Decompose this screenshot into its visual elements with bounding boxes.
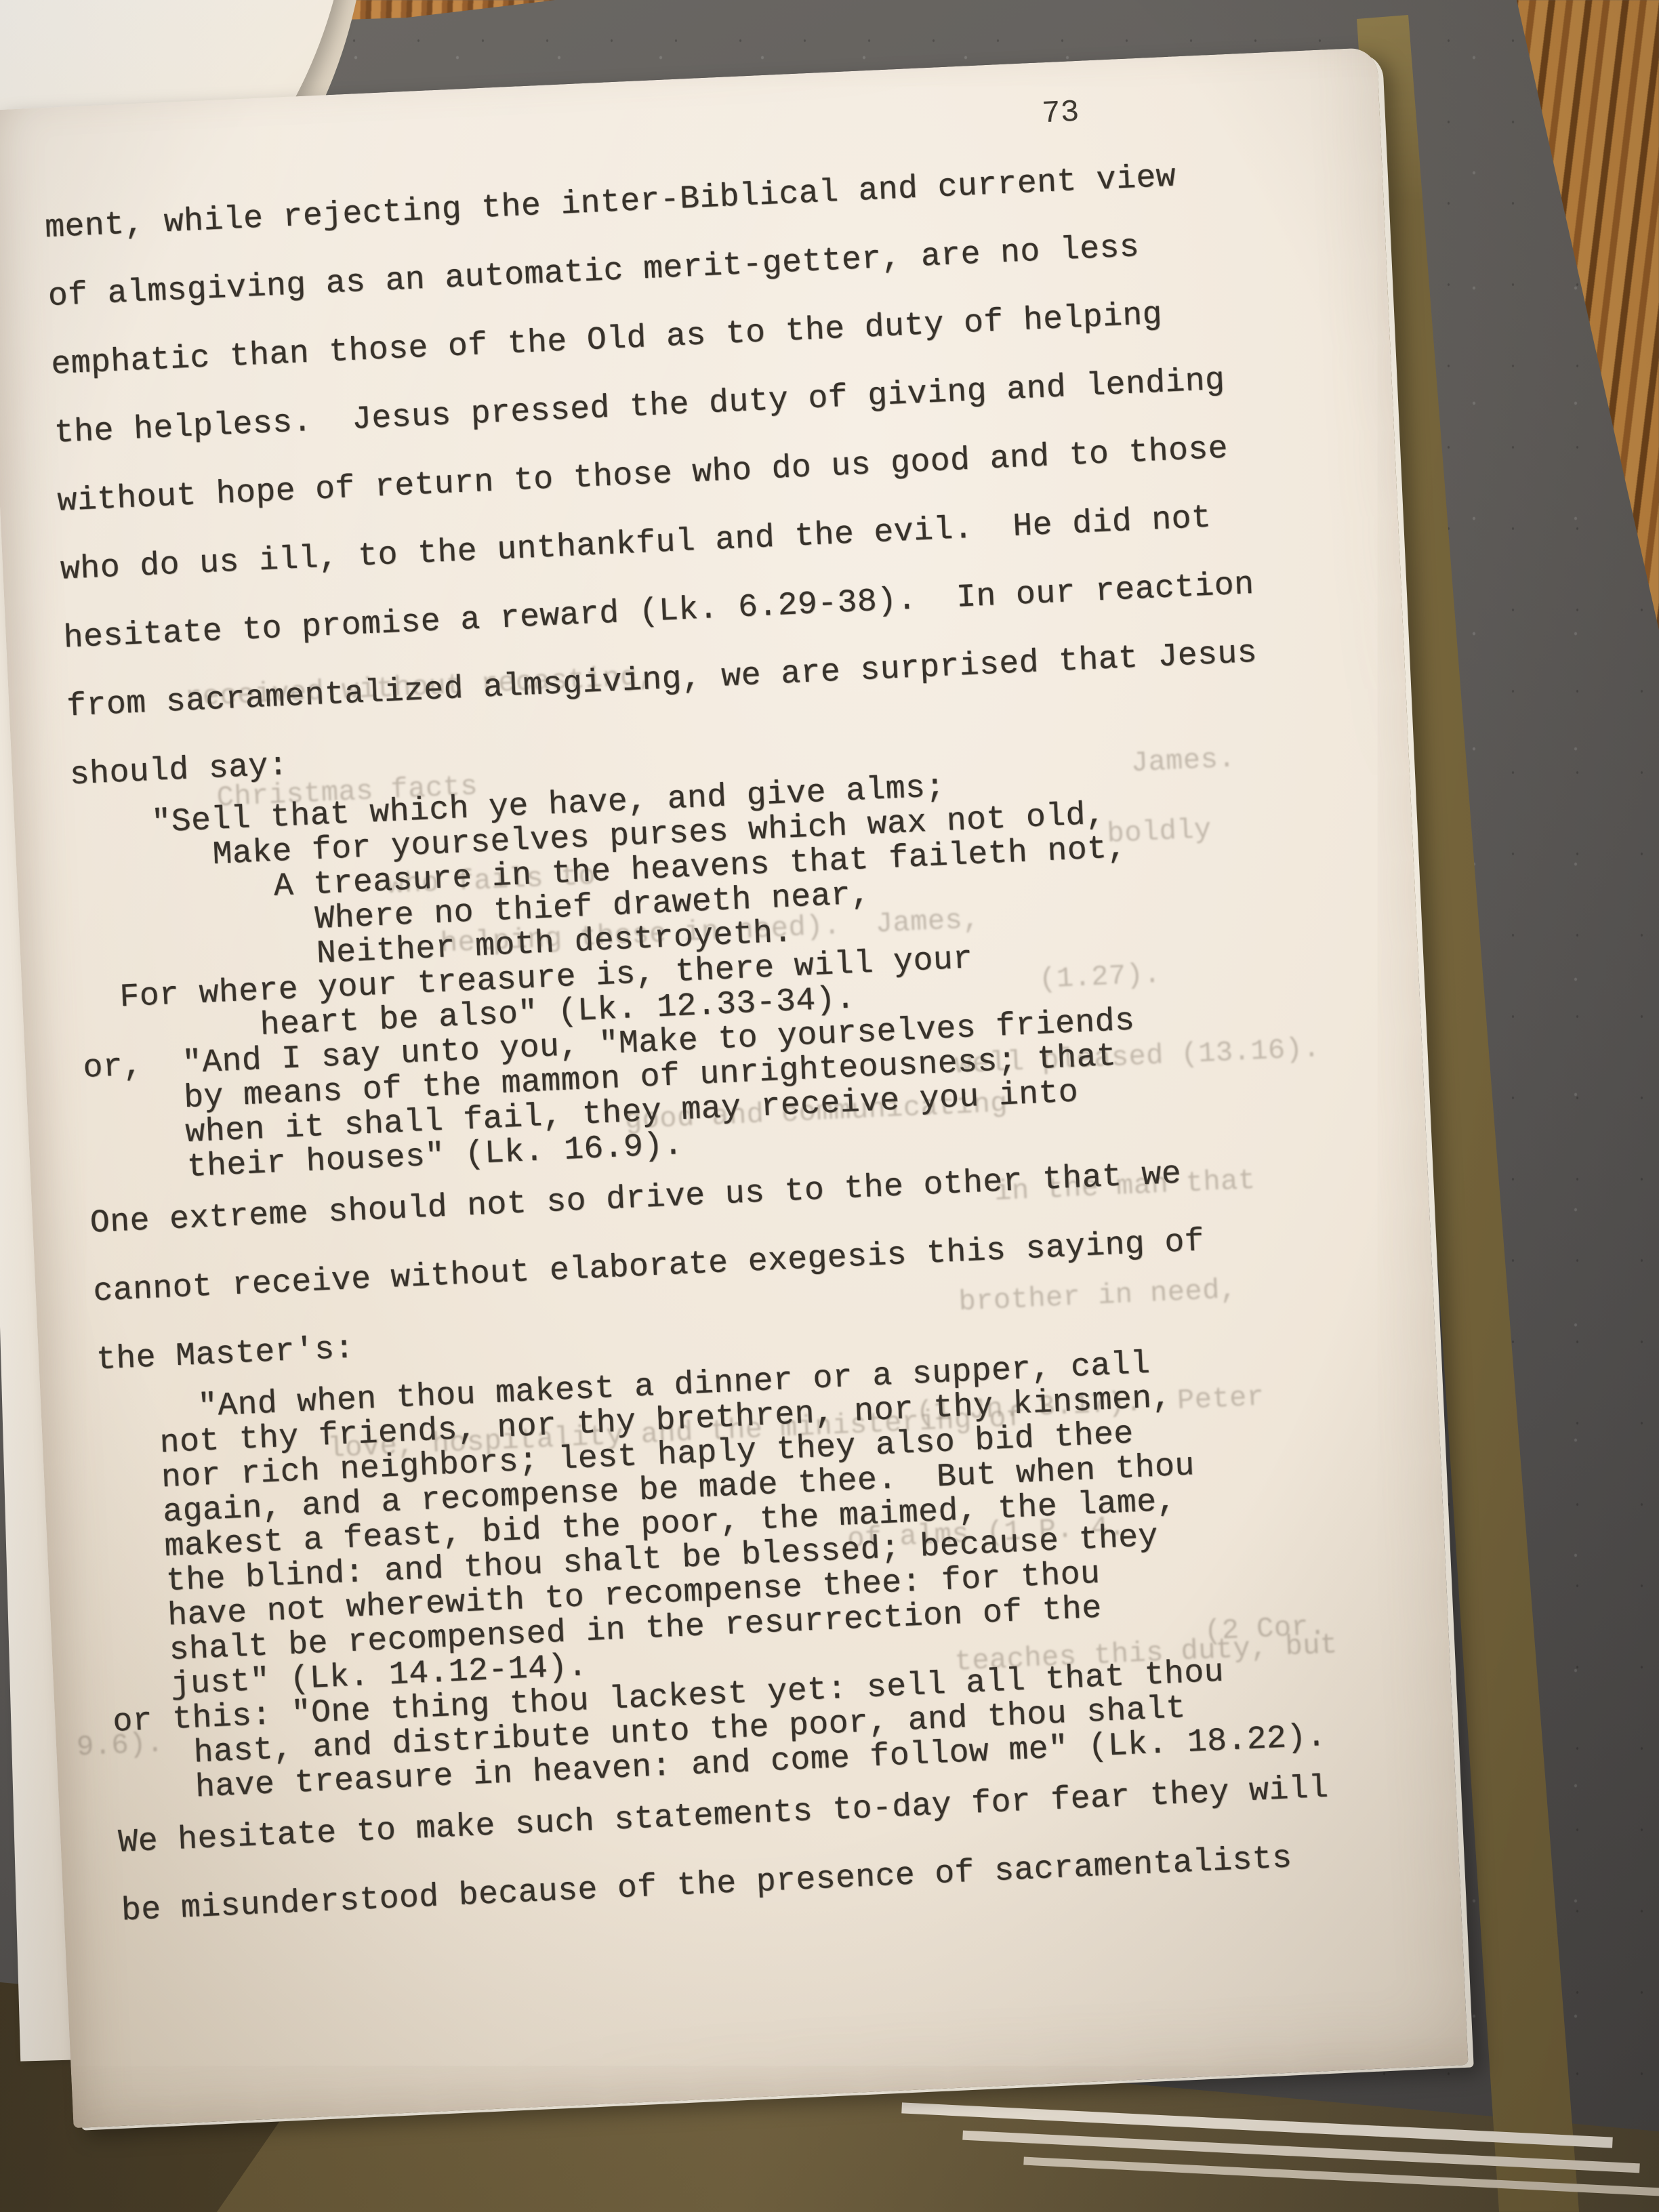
typed-page: received without recasting,Christmas fac… [0,47,1469,2128]
paragraph-1: ment, while rejecting the inter-Biblical… [43,135,1381,810]
block-quote-luke-14: "And when thou makest a dinner or a supp… [98,1336,1422,1706]
typed-text-column: ment, while rejecting the inter-Biblical… [0,47,1460,1949]
photo-of-typed-manuscript-page: 21 received without recasting,Christmas … [0,0,1659,2212]
